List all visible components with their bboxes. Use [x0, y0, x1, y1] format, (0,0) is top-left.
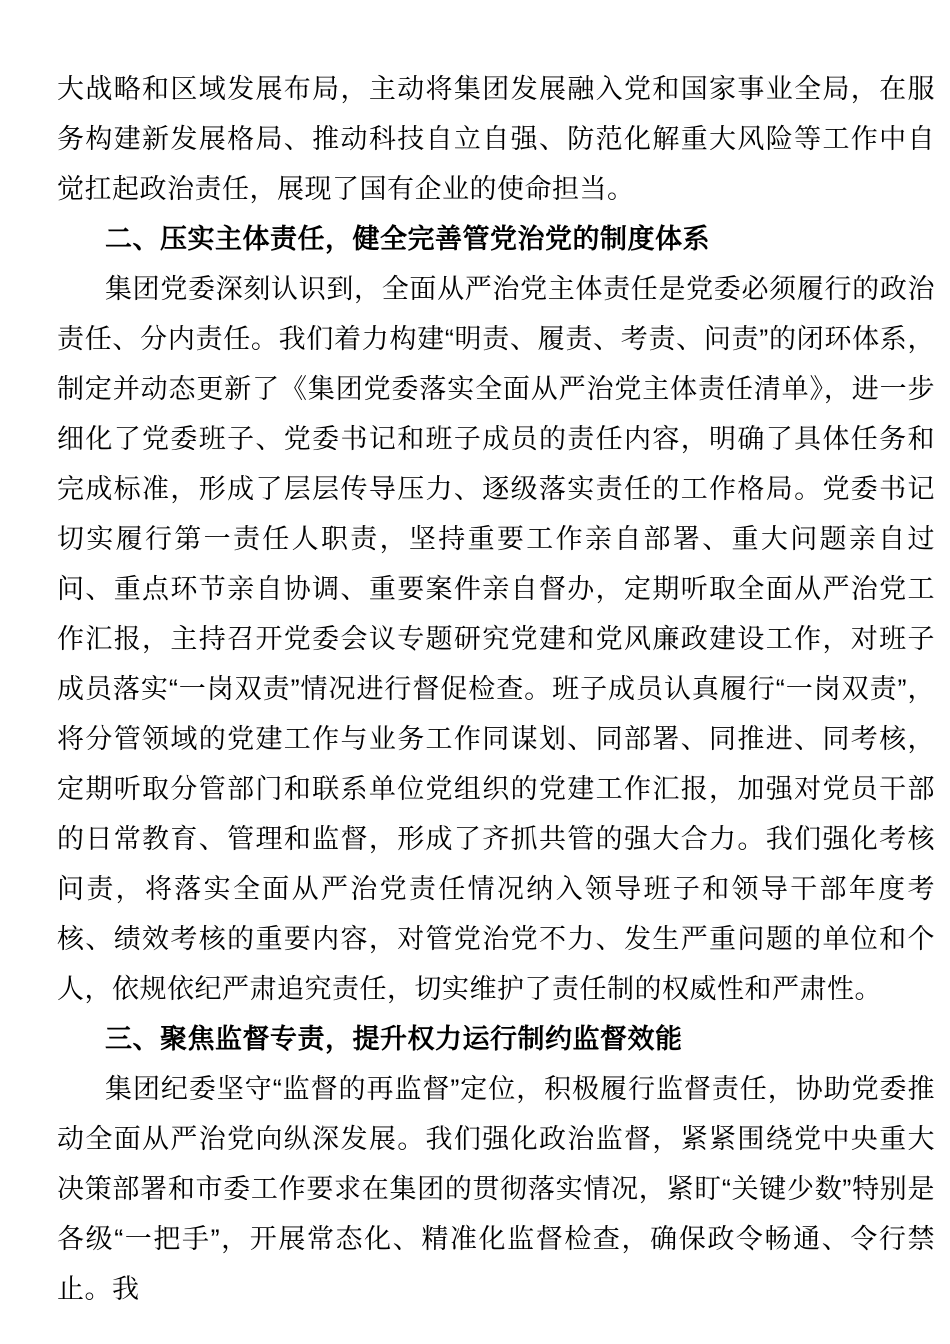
document-page: 大战略和区域发展布局，主动将集团发展融入党和国家事业全局，在服务构建新发展格局、…	[57, 64, 935, 1314]
body-paragraph-section-2: 集团党委深刻认识到，全面从严治党主体责任是党委必须履行的政治责任、分内责任。我们…	[57, 264, 935, 1014]
section-heading-2: 二、压实主体责任，健全完善管党治党的制度体系	[57, 214, 935, 264]
section-heading-3: 三、聚焦监督专责，提升权力运行制约监督效能	[57, 1014, 935, 1064]
body-paragraph-section-3: 集团纪委坚守“监督的再监督”定位，积极履行监督责任，协助党委推动全面从严治党向纵…	[57, 1064, 935, 1314]
paragraph-continuation: 大战略和区域发展布局，主动将集团发展融入党和国家事业全局，在服务构建新发展格局、…	[57, 64, 935, 214]
